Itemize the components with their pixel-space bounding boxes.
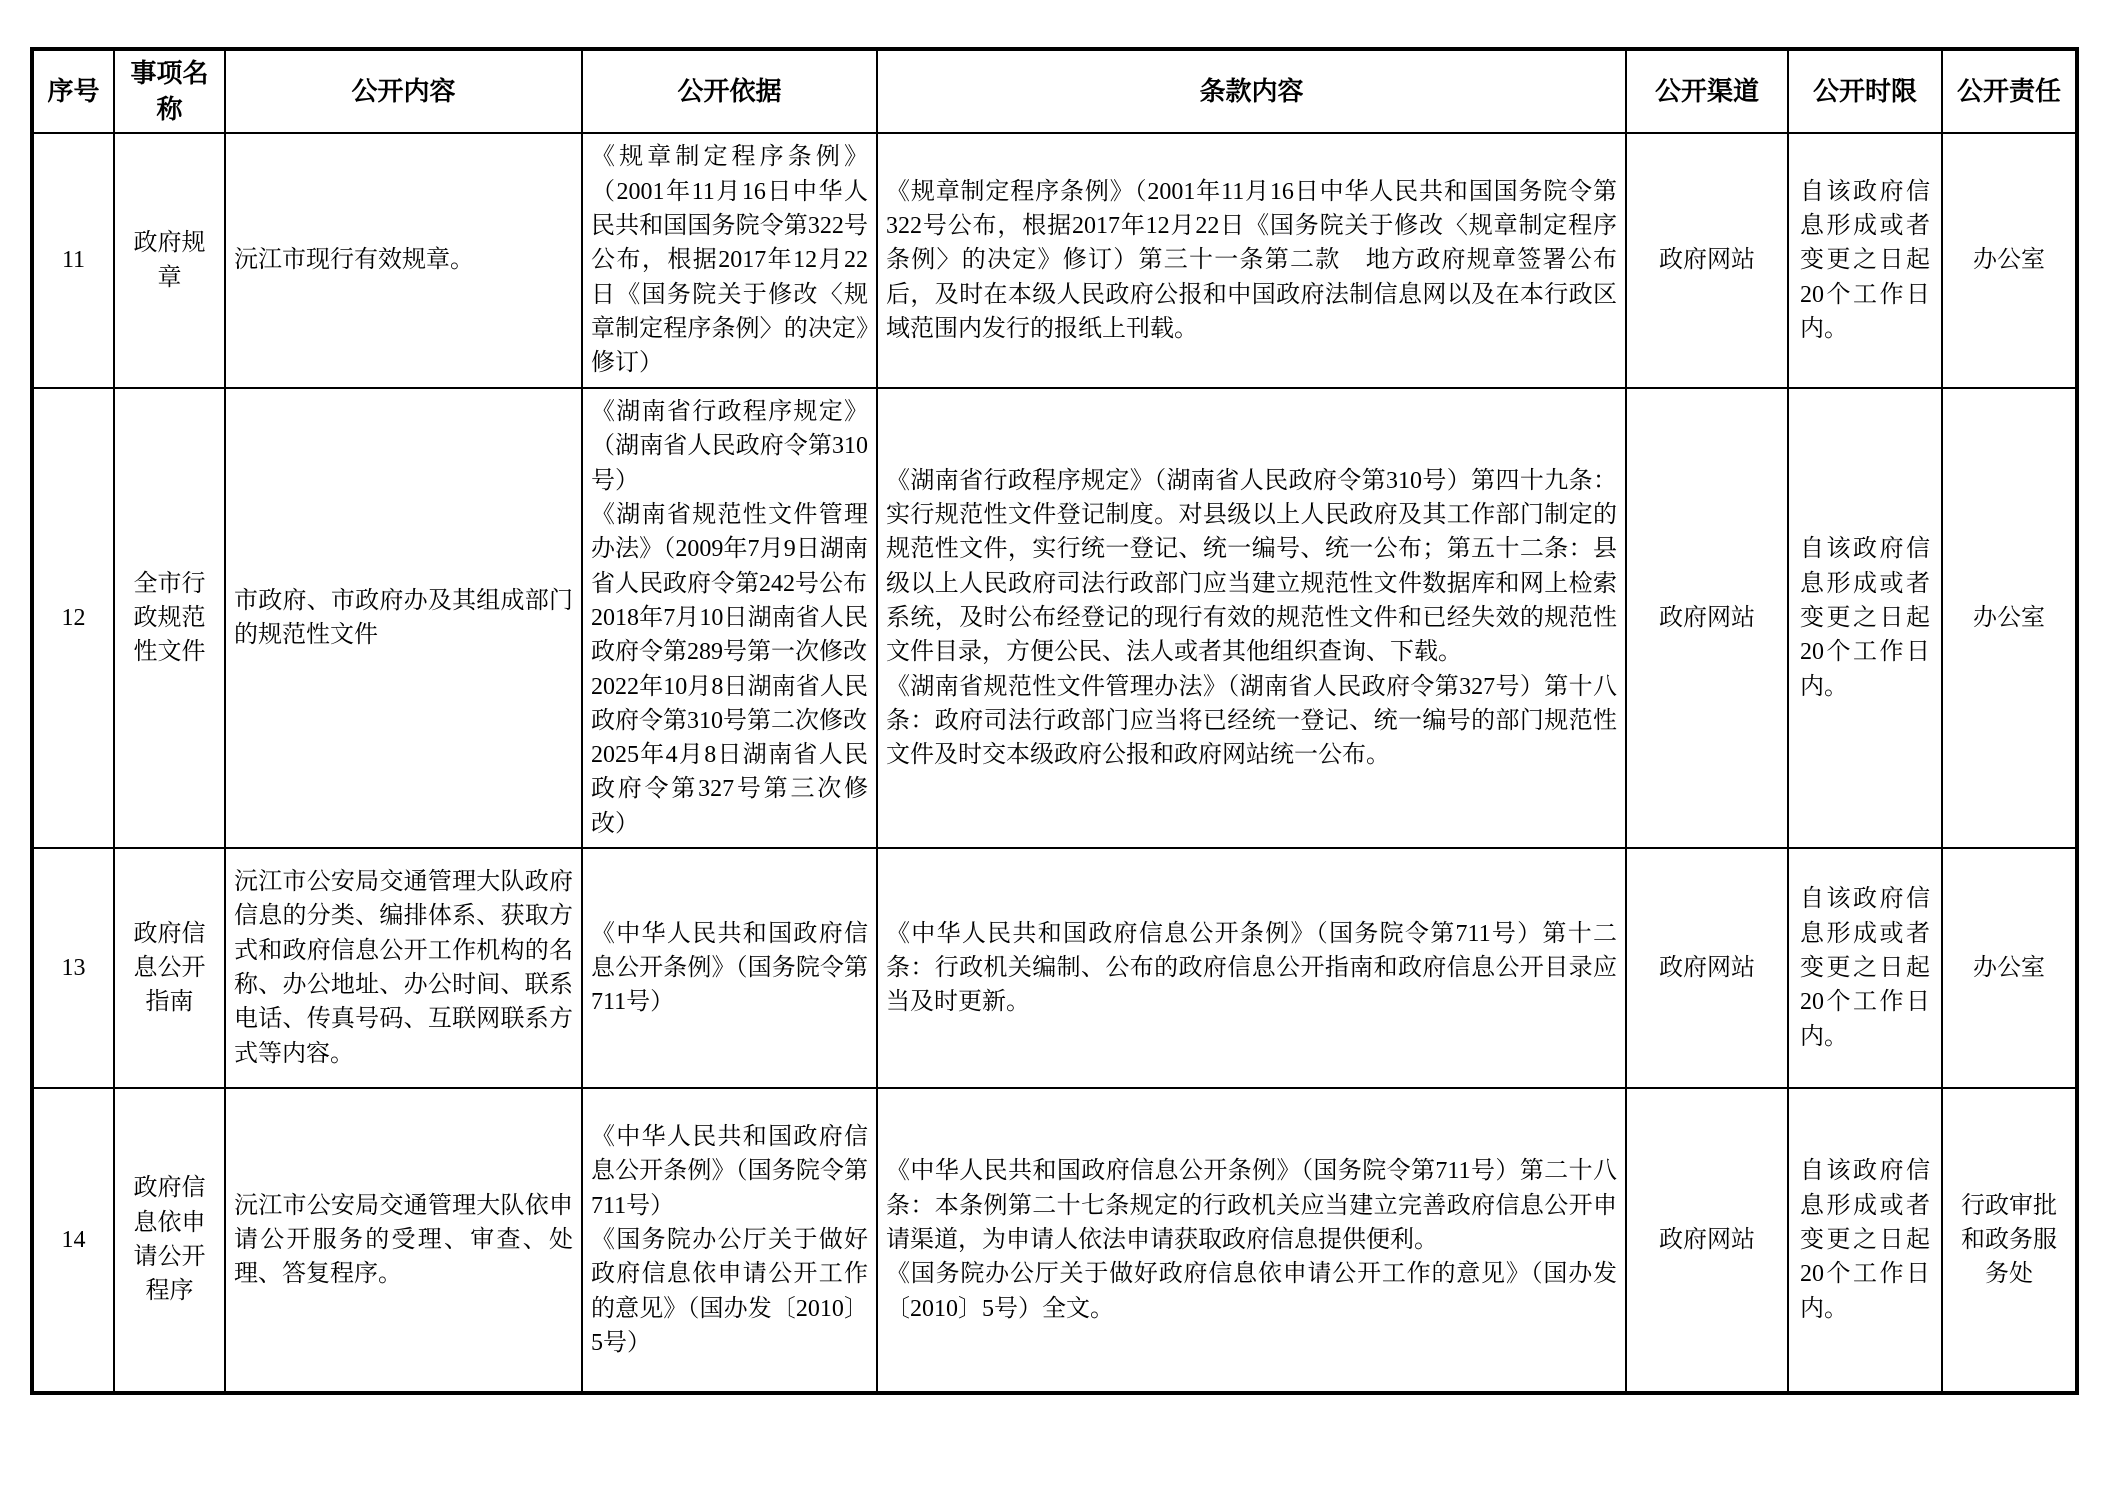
header-col-clause: 条款内容 — [877, 49, 1626, 133]
cell-content: 沅江市公安局交通管理大队政府信息的分类、编排体系、获取方式和政府信息公开工作机构… — [225, 848, 582, 1088]
cell-serial-number: 14 — [32, 1088, 114, 1393]
cell-channel: 政府网站 — [1626, 388, 1788, 848]
cell-responsibility: 办公室 — [1942, 133, 2077, 388]
cell-item-name: 政府信息依申请公开程序 — [114, 1088, 225, 1393]
cell-channel: 政府网站 — [1626, 1088, 1788, 1393]
table-header: 序号 事项名称 公开内容 公开依据 条款内容 公开渠道 公开时限 公开责任 — [32, 49, 2077, 133]
cell-basis: 《规章制定程序条例》（2001年11月16日中华人民共和国国务院令第322号公布… — [582, 133, 877, 388]
cell-clause: 《中华人民共和国政府信息公开条例》（国务院令第711号）第二十八条：本条例第二十… — [877, 1088, 1626, 1393]
cell-content: 沅江市公安局交通管理大队依申请公开服务的受理、审查、处理、答复程序。 — [225, 1088, 582, 1393]
cell-time-limit: 自该政府信息形成或者变更之日起20个工作日内。 — [1788, 133, 1942, 388]
cell-time-limit: 自该政府信息形成或者变更之日起20个工作日内。 — [1788, 1088, 1942, 1393]
cell-serial-number: 13 — [32, 848, 114, 1088]
cell-responsibility: 行政审批和政务服务处 — [1942, 1088, 2077, 1393]
cell-item-name: 全市行政规范性文件 — [114, 388, 225, 848]
table-row: 14 政府信息依申请公开程序 沅江市公安局交通管理大队依申请公开服务的受理、审查… — [32, 1088, 2077, 1393]
cell-basis: 《中华人民共和国政府信息公开条例》（国务院令第711号） 《国务院办公厅关于做好… — [582, 1088, 877, 1393]
cell-item-name: 政府规章 — [114, 133, 225, 388]
cell-channel: 政府网站 — [1626, 848, 1788, 1088]
cell-content: 市政府、市政府办及其组成部门的规范性文件 — [225, 388, 582, 848]
cell-time-limit: 自该政府信息形成或者变更之日起20个工作日内。 — [1788, 388, 1942, 848]
cell-responsibility: 办公室 — [1942, 848, 2077, 1088]
cell-content: 沅江市现行有效规章。 — [225, 133, 582, 388]
table-row: 12 全市行政规范性文件 市政府、市政府办及其组成部门的规范性文件 《湖南省行政… — [32, 388, 2077, 848]
cell-clause: 《湖南省行政程序规定》（湖南省人民政府令第310号）第四十九条：实行规范性文件登… — [877, 388, 1626, 848]
cell-time-limit: 自该政府信息形成或者变更之日起20个工作日内。 — [1788, 848, 1942, 1088]
cell-basis: 《中华人民共和国政府信息公开条例》（国务院令第711号） — [582, 848, 877, 1088]
cell-item-name: 政府信息公开指南 — [114, 848, 225, 1088]
cell-serial-number: 12 — [32, 388, 114, 848]
document-page: 序号 事项名称 公开内容 公开依据 条款内容 公开渠道 公开时限 公开责任 11… — [0, 0, 2105, 1487]
header-col-basis: 公开依据 — [582, 49, 877, 133]
cell-responsibility: 办公室 — [1942, 388, 2077, 848]
header-col-time-limit: 公开时限 — [1788, 49, 1942, 133]
header-col-content: 公开内容 — [225, 49, 582, 133]
disclosure-catalog-table: 序号 事项名称 公开内容 公开依据 条款内容 公开渠道 公开时限 公开责任 11… — [30, 47, 2079, 1395]
header-col-item-name: 事项名称 — [114, 49, 225, 133]
cell-channel: 政府网站 — [1626, 133, 1788, 388]
cell-serial-number: 11 — [32, 133, 114, 388]
header-col-no: 序号 — [32, 49, 114, 133]
cell-clause: 《规章制定程序条例》（2001年11月16日中华人民共和国国务院令第322号公布… — [877, 133, 1626, 388]
header-col-channel: 公开渠道 — [1626, 49, 1788, 133]
table-row: 11 政府规章 沅江市现行有效规章。 《规章制定程序条例》（2001年11月16… — [32, 133, 2077, 388]
cell-clause: 《中华人民共和国政府信息公开条例》（国务院令第711号）第十二条：行政机关编制、… — [877, 848, 1626, 1088]
header-col-responsibility: 公开责任 — [1942, 49, 2077, 133]
header-row: 序号 事项名称 公开内容 公开依据 条款内容 公开渠道 公开时限 公开责任 — [32, 49, 2077, 133]
table-row: 13 政府信息公开指南 沅江市公安局交通管理大队政府信息的分类、编排体系、获取方… — [32, 848, 2077, 1088]
table-body: 11 政府规章 沅江市现行有效规章。 《规章制定程序条例》（2001年11月16… — [32, 133, 2077, 1393]
cell-basis: 《湖南省行政程序规定》（湖南省人民政府令第310号） 《湖南省规范性文件管理办法… — [582, 388, 877, 848]
